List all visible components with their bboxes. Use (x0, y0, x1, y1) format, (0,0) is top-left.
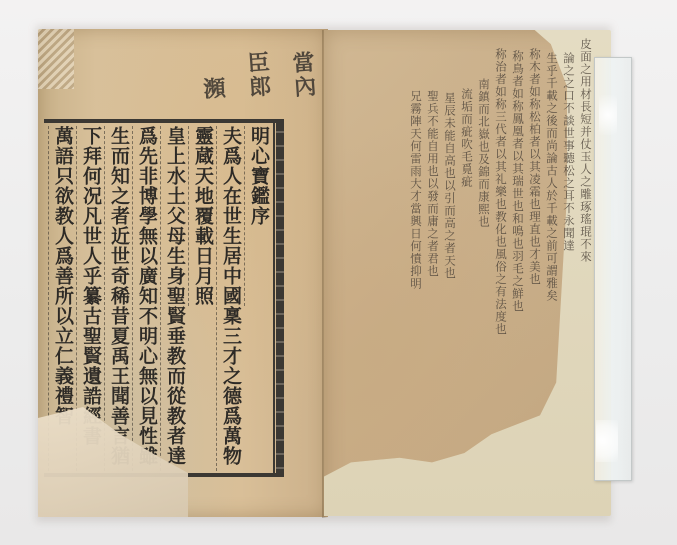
handwritten-column: 称治者如称三代者以其礼樂也教化也風俗之有法度也 (494, 48, 508, 348)
handwritten-column: 生乎千載之後而尚論古人於千載之前可謂雅矣 (545, 52, 559, 352)
handwritten-column: 南鎮而北嶽也及錦而康熙也 (477, 78, 491, 378)
printed-column: 夫爲人在世生居中國稟三才之德爲萬物之 (216, 126, 244, 471)
handwritten-annotation-top: 當內 臣郎 瀕 (197, 29, 318, 101)
handwritten-column: 星辰未能自高也以引而高之者天也 (443, 92, 457, 392)
annotation-column: 當內 (285, 50, 319, 102)
annotation-column: 瀕 (196, 76, 229, 102)
handwritten-column: 兄霧陣天何雷雨大才當興日何憤抑明 (409, 90, 423, 390)
preface-title: 明心寶鑑序 (244, 126, 272, 306)
handwritten-column: 称木者如称松柏者以其凌霜也理直也才美也 (528, 48, 542, 348)
annotation-column: 臣郎 (240, 50, 274, 102)
left-page: 當內 臣郎 瀕 明心寶鑑序 夫爲人在世生居中國稟三才之德爲萬物之 靈蔵天地覆載日… (38, 29, 328, 517)
handwritten-column: 流垢而疵吹毛覓疵 (460, 88, 474, 388)
handwritten-text-block: 皮面之用材長短并仗玉人之雕琢瑤琨不來 論之之口不談世事聽松之耳不永聞達 生乎千載… (338, 38, 593, 392)
handwritten-column: 聖兵不能自用也以發而庸之者君也 (426, 90, 440, 390)
printed-column: 生而知之者近世奇稀昔夏禹王聞善言猶然 (104, 126, 132, 471)
printed-border-rail (276, 119, 284, 477)
printed-column: 皇上水土父母生身聖賢垂教而從教者達道 (160, 126, 188, 471)
right-page: 皮面之用材長短并仗玉人之雕琢瑤琨不來 論之之口不談世事聽松之耳不永聞達 生乎千載… (324, 30, 611, 516)
light-reflection (596, 420, 618, 462)
light-reflection (599, 95, 617, 135)
handwritten-column: 論之之口不談世事聽松之耳不永聞達 (562, 52, 576, 352)
printed-column: 靈蔵天地覆載日月照臨 (188, 126, 216, 306)
printed-column: 爲先非博學無以廣知不明心無以見性雖有 (132, 126, 160, 471)
frayed-spine (38, 29, 74, 89)
handwritten-column: 皮面之用材長短并仗玉人之雕琢瑤琨不來 (579, 38, 593, 338)
handwritten-column: 称鳥者如称鳳凰者以其瑞世也和鳴也羽毛之鮮也 (511, 50, 525, 350)
